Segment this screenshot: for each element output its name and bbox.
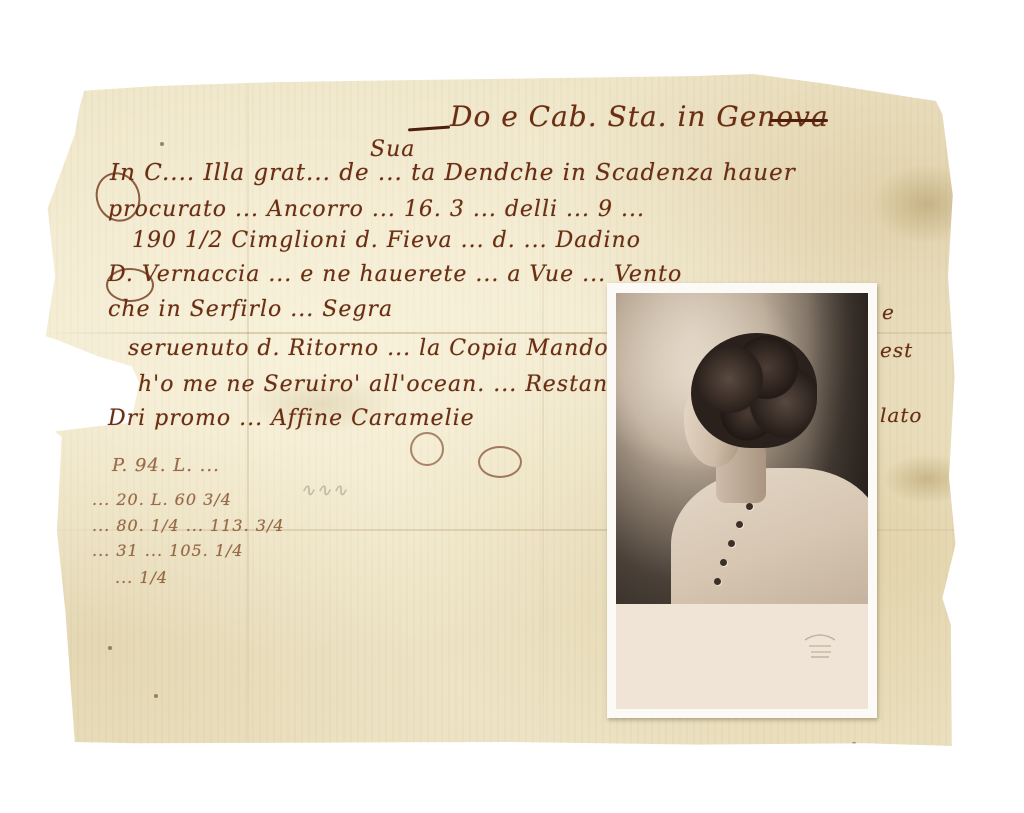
capital-flourish — [106, 268, 154, 302]
letter-line: In C.... Illa grat... de ... ta Dendche … — [110, 160, 796, 186]
studio-emboss-stamp-icon — [801, 628, 839, 662]
blouse-button — [746, 503, 753, 510]
margin-fragment: est — [880, 338, 913, 362]
letter-line: 190 1/2 Cimglioni d. Fieva ... d. ... Da… — [132, 228, 641, 253]
pen-flourish — [410, 432, 444, 466]
letter-line: procurato ... Ancorro ... 16. 3 ... dell… — [108, 197, 645, 222]
scene: Do e Cab. Sta. in Genova Sua In C.... Il… — [0, 0, 1024, 813]
margin-fragment: e — [882, 300, 895, 324]
account-line: ... 1/4 — [115, 568, 168, 587]
photo-mount — [616, 293, 868, 709]
account-line: P. 94. L. ... — [112, 455, 220, 476]
letter-line: Dri promo ... Affine Caramelie — [108, 406, 475, 431]
heading-underline-right — [770, 119, 828, 122]
letter-heading: Do e Cab. Sta. in Genova — [450, 100, 829, 133]
letter-line: che in Serfirlo ... Segra — [108, 297, 393, 322]
sepia-portrait — [616, 293, 868, 604]
bleed-through-text: ∿∿∿ — [300, 480, 348, 501]
blouse-button — [736, 521, 743, 528]
sitter-wavy-hair — [691, 333, 817, 448]
vintage-photograph — [607, 283, 877, 718]
foxing-speck — [852, 742, 856, 746]
margin-fragment: lato — [880, 403, 922, 427]
foxing-speck — [160, 142, 164, 146]
blouse-button — [714, 578, 721, 585]
water-stain — [882, 454, 972, 504]
account-line: ... 31 ... 105. 1/4 — [92, 541, 244, 560]
letter-line: Sua — [370, 137, 415, 162]
foxing-speck — [154, 694, 158, 698]
foxing-speck — [108, 646, 112, 650]
water-stain — [872, 164, 982, 244]
letter-line: seruenuto d. Ritorno ... la Copia Mandol… — [128, 336, 631, 361]
account-line: ... 80. 1/4 ... 113. 3/4 — [92, 516, 285, 535]
sitter-blouse — [671, 468, 868, 604]
letter-line: D. Vernaccia ... e ne hauerete ... a Vue… — [108, 262, 682, 287]
letter-line: h'o me ne Seruiro' all'ocean. ... Restan… — [138, 372, 638, 397]
account-line: ... 20. L. 60 3/4 — [92, 490, 232, 509]
blouse-button — [728, 540, 735, 547]
blouse-button — [720, 559, 727, 566]
pen-flourish — [478, 446, 522, 478]
